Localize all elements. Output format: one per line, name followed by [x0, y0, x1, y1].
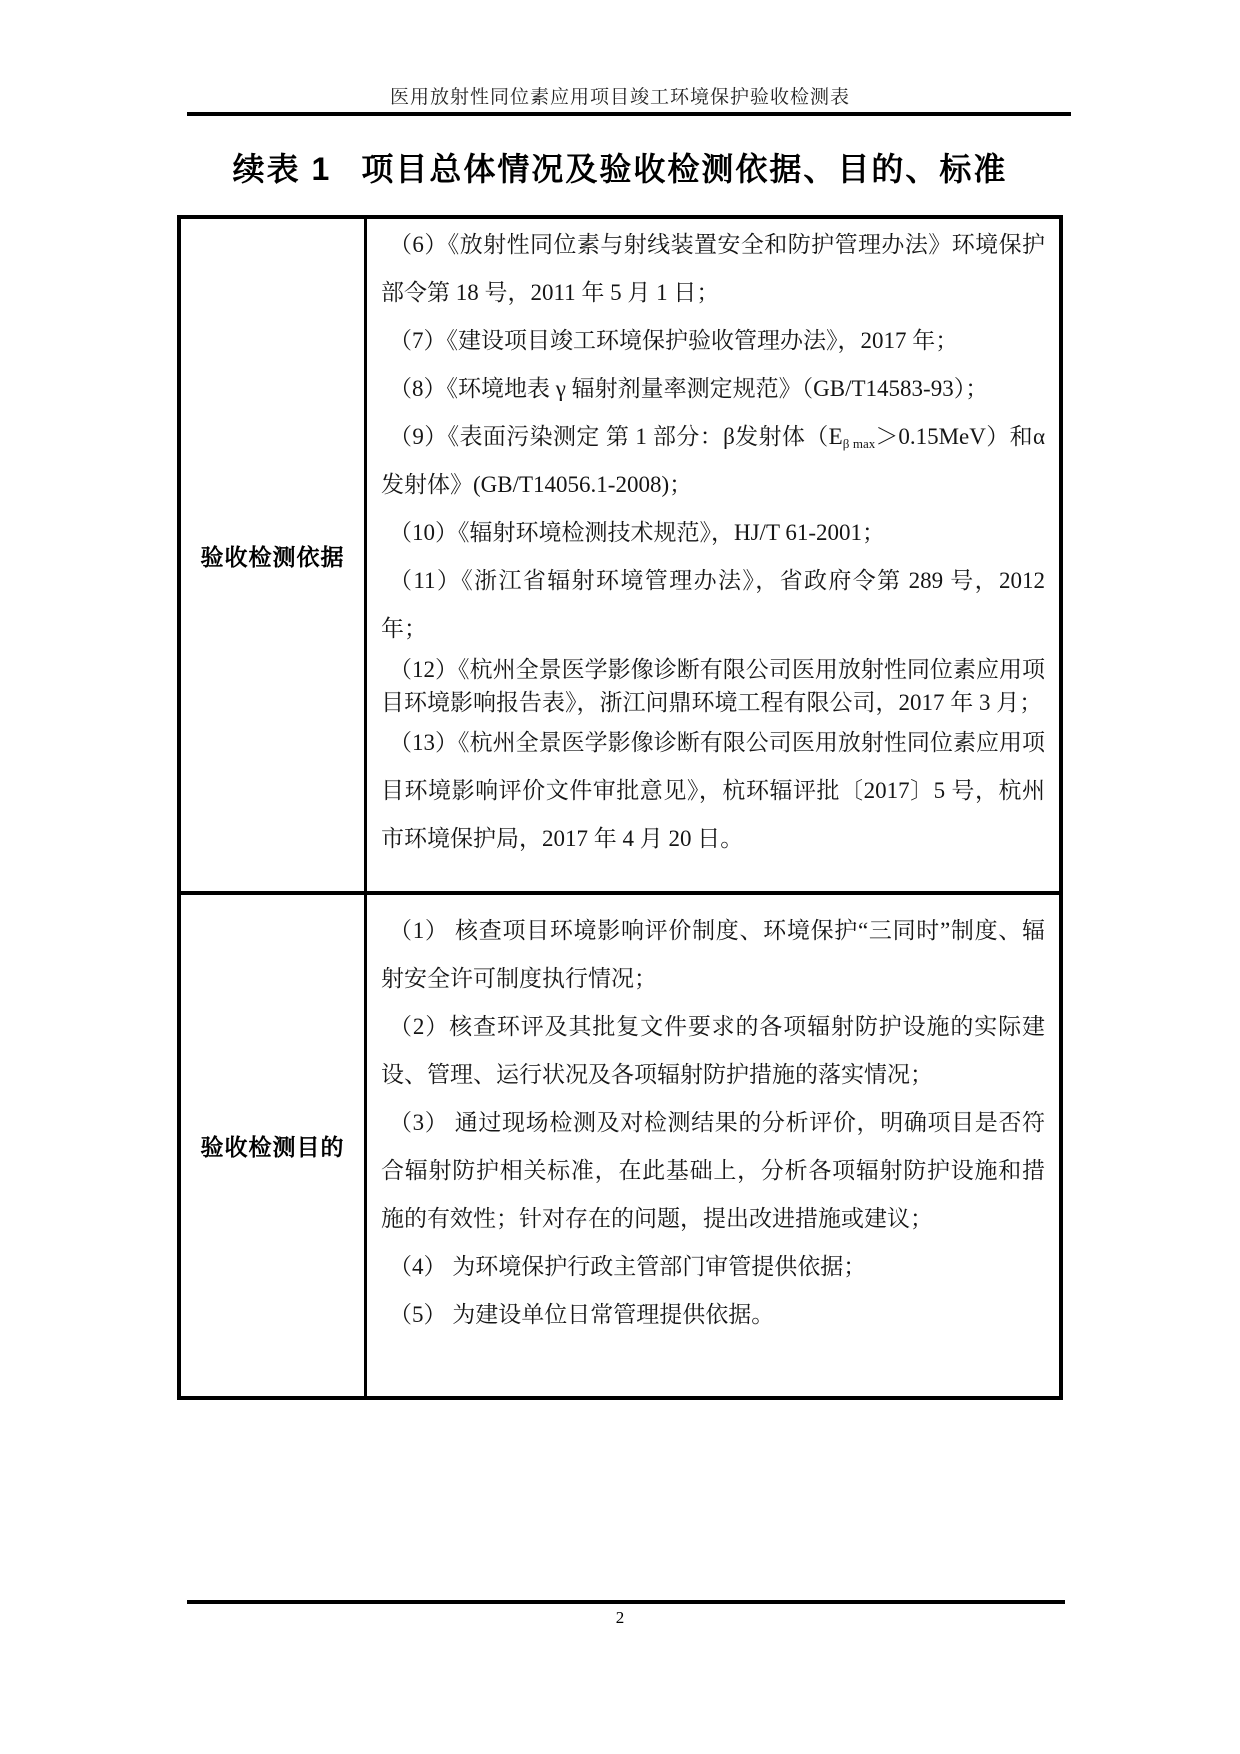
list-item-7: （7）《建设项目竣工环境保护验收管理办法》，2017 年； — [381, 317, 1045, 365]
list-item-9-subscript: β max — [843, 436, 876, 451]
list-item-3: （3） 通过现场检测及对检测结果的分析评价，明确项目是否符合辐射防护相关标准，在… — [381, 1099, 1045, 1243]
table-row-detection-basis: 验收检测依据 （6）《放射性同位素与射线装置安全和防护管理办法》环境保护部令第 … — [181, 219, 1059, 891]
document-page: 医用放射性同位素应用项目竣工环境保护验收检测表 续表 1项目总体情况及验收检测依… — [0, 0, 1240, 1754]
list-item-8: （8）《环境地表 γ 辐射剂量率测定规范》（GB/T14583-93）； — [381, 365, 1045, 413]
list-item-12: （12）《杭州全景医学影像诊断有限公司医用放射性同位素应用项目环境影响报告表》，… — [381, 653, 1045, 719]
list-item-11: （11）《浙江省辐射环境管理办法》，省政府令第 289 号，2012 年； — [381, 557, 1045, 653]
page-number: 2 — [0, 1608, 1240, 1628]
running-header: 医用放射性同位素应用项目竣工环境保护验收检测表 — [0, 82, 1240, 109]
list-item-4: （4） 为环境保护行政主管部门审管提供依据； — [381, 1243, 1045, 1291]
footer-rule — [187, 1600, 1065, 1604]
list-item-2: （2）核查环评及其批复文件要求的各项辐射防护设施的实际建设、管理、运行状况及各项… — [381, 1003, 1045, 1099]
list-item-1: （1） 核查项目环境影响评价制度、环境保护“三同时”制度、辐射安全许可制度执行情… — [381, 907, 1045, 1003]
list-item-10: （10）《辐射环境检测技术规范》，HJ/T 61-2001； — [381, 509, 1045, 557]
detection-purpose-content: （1） 核查项目环境影响评价制度、环境保护“三同时”制度、辐射安全许可制度执行情… — [367, 895, 1059, 1396]
detection-basis-content: （6）《放射性同位素与射线装置安全和防护管理办法》环境保护部令第 18 号，20… — [367, 219, 1059, 891]
acceptance-table: 验收检测依据 （6）《放射性同位素与射线装置安全和防护管理办法》环境保护部令第 … — [177, 215, 1063, 1400]
list-item-9-pre: （9）《表面污染测定 第 1 部分：β发射体（E — [389, 424, 843, 449]
list-item-6: （6）《放射性同位素与射线装置安全和防护管理办法》环境保护部令第 18 号，20… — [381, 221, 1045, 317]
list-item-9: （9）《表面污染测定 第 1 部分：β发射体（Eβ max＞0.15MeV）和α… — [381, 413, 1045, 509]
header-rule — [187, 112, 1071, 116]
list-item-5: （5） 为建设单位日常管理提供依据。 — [381, 1291, 1045, 1339]
list-item-13: （13）《杭州全景医学影像诊断有限公司医用放射性同位素应用项目环境影响评价文件审… — [381, 719, 1045, 863]
table-row-detection-purpose: 验收检测目的 （1） 核查项目环境影响评价制度、环境保护“三同时”制度、辐射安全… — [181, 891, 1059, 1396]
table-caption-number: 续表 1 — [233, 151, 332, 187]
table-caption: 续表 1项目总体情况及验收检测依据、目的、标准 — [178, 144, 1062, 190]
table-caption-title: 项目总体情况及验收检测依据、目的、标准 — [361, 151, 1007, 187]
row-label-detection-basis: 验收检测依据 — [181, 219, 367, 891]
row-label-detection-purpose: 验收检测目的 — [181, 895, 367, 1396]
